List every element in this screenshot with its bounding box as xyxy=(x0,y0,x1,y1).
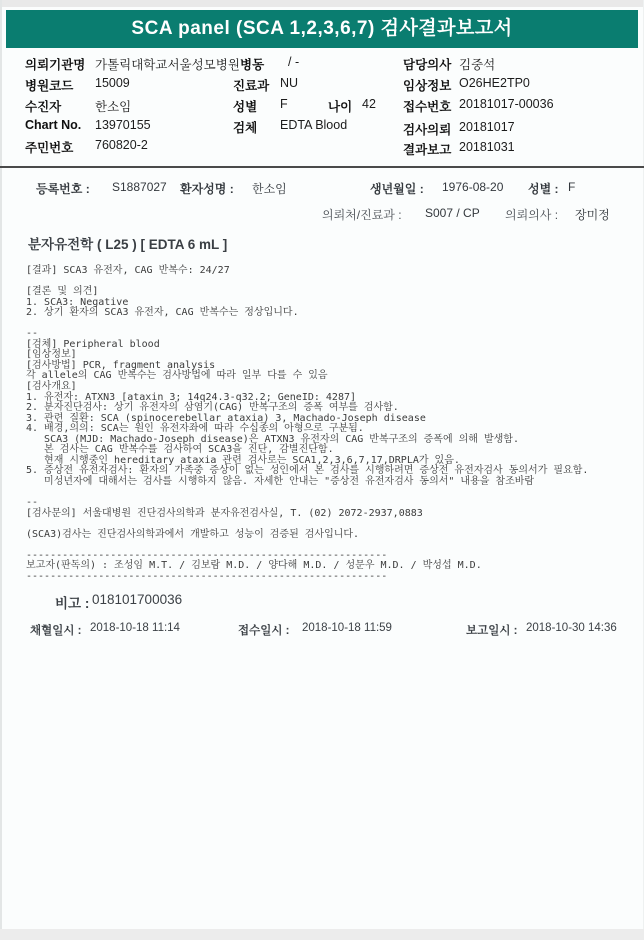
patient-name-label: 환자성명 : xyxy=(180,180,234,197)
report-date-label: 결과보고 xyxy=(403,140,451,158)
org-label: 의뢰기관명 xyxy=(25,55,85,73)
clinical-value: O26HE2TP0 xyxy=(459,76,530,90)
referring-doctor-label: 의뢰의사 : xyxy=(505,206,558,223)
doctor-label: 담당의사 xyxy=(403,55,451,73)
ward-value: / - xyxy=(288,55,299,69)
scan-edge-bottom xyxy=(0,929,644,940)
sex-label: 성별 xyxy=(233,97,257,115)
patient-label: 수진자 xyxy=(25,97,61,115)
report-title: SCA panel (SCA 1,2,3,6,7) 검사결과보고서 xyxy=(131,18,512,39)
collected-datetime-value: 2018-10-18 11:14 xyxy=(90,622,180,634)
section-title: 분자유전학 ( L25 ) [ EDTA 6 mL ] xyxy=(28,233,227,253)
scan-edge-left xyxy=(0,0,2,940)
report-body-text: [결과] SCA3 유전자, CAG 반복수: 24/27 [결론 및 의견] … xyxy=(26,266,588,582)
birth-date-label: 생년월일 : xyxy=(370,180,424,197)
referring-doctor-value: 장미정 xyxy=(575,206,610,223)
dept-value: NU xyxy=(280,76,298,90)
resident-no-label: 주민번호 xyxy=(25,138,73,156)
section-divider-line xyxy=(0,166,644,168)
reg-no-value: S1887027 xyxy=(112,180,167,194)
chart-no-value: 13970155 xyxy=(95,118,151,132)
band-sex-label: 성별 : xyxy=(528,180,559,197)
request-date-label: 검사의뢰 xyxy=(403,120,451,138)
specimen-label: 검체 xyxy=(233,118,257,136)
referral-dept-label: 의뢰처/진료과 : xyxy=(322,206,402,223)
sex-value: F xyxy=(280,97,288,111)
band-sex-value: F xyxy=(568,180,575,194)
patient-value: 한소임 xyxy=(95,97,131,115)
report-title-banner: SCA panel (SCA 1,2,3,6,7) 검사결과보고서 xyxy=(6,10,638,48)
resident-no-value: 760820-2 xyxy=(95,138,148,152)
chart-no-label: Chart No. xyxy=(25,118,81,132)
receipt-no-label: 접수번호 xyxy=(403,97,451,115)
received-datetime-value: 2018-10-18 11:59 xyxy=(302,622,392,634)
referral-dept-value: S007 / CP xyxy=(425,206,480,220)
report-date-value: 20181031 xyxy=(459,140,515,154)
reg-no-label: 등록번호 : xyxy=(36,180,90,197)
receipt-no-value: 20181017-00036 xyxy=(459,97,554,111)
clinical-label: 임상정보 xyxy=(403,76,451,94)
org-value: 가톨릭대학교서울성모병원 xyxy=(95,55,240,73)
remark-label: 비고 : xyxy=(55,592,89,612)
age-label: 나이 xyxy=(328,97,352,115)
doctor-value: 김중석 xyxy=(459,55,495,73)
reported-datetime-label: 보고일시 : xyxy=(466,622,517,638)
collected-datetime-label: 채혈일시 : xyxy=(30,622,81,638)
hospital-code-label: 병원코드 xyxy=(25,76,73,94)
scan-edge-top xyxy=(0,0,644,7)
birth-date-value: 1976-08-20 xyxy=(442,180,503,194)
hospital-code-value: 15009 xyxy=(95,76,130,90)
request-date-value: 20181017 xyxy=(459,120,515,134)
received-datetime-label: 접수일시 : xyxy=(238,622,289,638)
remark-value: 018101700036 xyxy=(92,592,182,607)
age-value: 42 xyxy=(362,97,376,111)
lab-report-page: SCA panel (SCA 1,2,3,6,7) 검사결과보고서 의뢰기관명 … xyxy=(0,0,644,940)
dept-label: 진료과 xyxy=(233,76,269,94)
patient-name-value: 한소임 xyxy=(252,180,287,197)
reported-datetime-value: 2018-10-30 14:36 xyxy=(526,622,617,634)
ward-label: 병동 xyxy=(240,55,264,73)
specimen-value: EDTA Blood xyxy=(280,118,347,132)
